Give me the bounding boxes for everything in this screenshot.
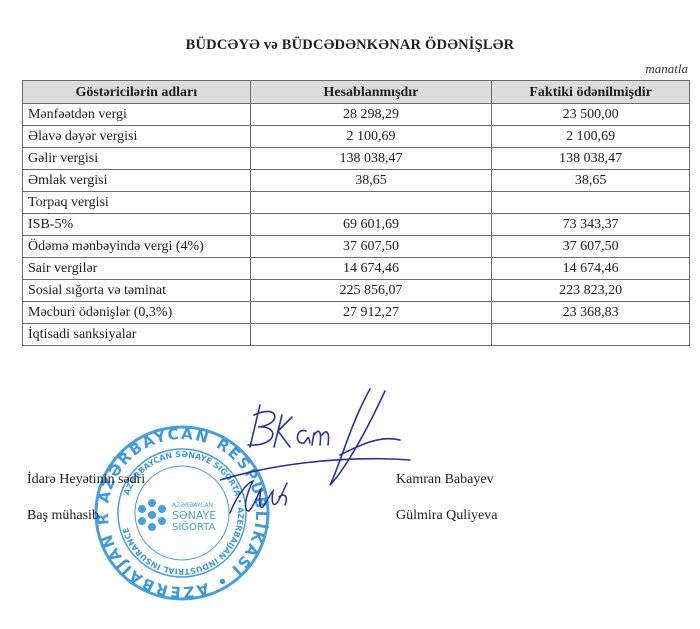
col-header-indicator: Göstəricilərin adları: [23, 81, 251, 104]
table-row: İqtisadi sanksiyalar: [23, 324, 690, 346]
document-title: BÜDCƏYƏ və BÜDCƏDƏNKƏNAR ÖDƏNİŞLƏR: [0, 37, 700, 54]
row-name: Əmlak vergisi: [23, 170, 251, 192]
chairman-label: İdarə Heyətinin sədri: [27, 472, 145, 488]
row-paid: [492, 192, 690, 214]
row-calculated: 225 856,07: [250, 280, 492, 302]
row-paid: 138 038,47: [492, 148, 690, 170]
table-row: Mənfəətdən vergi28 298,2923 500,00: [23, 104, 690, 126]
table-row: Ödəmə mənbəyində vergi (4%)37 607,5037 6…: [23, 236, 690, 258]
row-calculated: 38,65: [250, 170, 492, 192]
svg-text:AZƏRBAYCAN: AZƏRBAYCAN: [172, 502, 213, 509]
accountant-name: Gülmira Quliyeva: [396, 508, 497, 524]
row-calculated: 69 601,69: [250, 214, 492, 236]
row-calculated: [250, 192, 492, 214]
table-header-row: Göstəricilərin adları Hesablanmışdır Fak…: [23, 81, 690, 104]
row-paid: 73 343,37: [492, 214, 690, 236]
svg-text:SƏNAYE: SƏNAYE: [172, 509, 216, 522]
accountant-label: Baş mühasib: [27, 508, 99, 524]
payments-table: Göstəricilərin adları Hesablanmışdır Fak…: [22, 80, 690, 346]
row-paid: 23 368,83: [492, 302, 690, 324]
table-row: Torpaq vergisi: [23, 192, 690, 214]
table-row: Sair vergilər14 674,4614 674,46: [23, 258, 690, 280]
row-calculated: 37 607,50: [250, 236, 492, 258]
row-paid: 223 823,20: [492, 280, 690, 302]
accountant-signature: [225, 475, 295, 520]
col-header-calculated: Hesablanmışdır: [250, 81, 492, 104]
row-name: Sosial sığorta və təminat: [23, 280, 251, 302]
table-row: ISB-5%69 601,6973 343,37: [23, 214, 690, 236]
row-calculated: 2 100,69: [250, 126, 492, 148]
row-paid: [492, 324, 690, 346]
chairman-name: Kamran Babayev: [396, 472, 494, 488]
row-calculated: [250, 324, 492, 346]
row-name: Məcburi ödənişlər (0,3%): [23, 302, 251, 324]
table-row: Əmlak vergisi38,6538,65: [23, 170, 690, 192]
table-row: Əlavə dəyər vergisi2 100,692 100,69: [23, 126, 690, 148]
row-name: Gəlir vergisi: [23, 148, 251, 170]
row-paid: 37 607,50: [492, 236, 690, 258]
table-row: Gəlir vergisi138 038,47138 038,47: [23, 148, 690, 170]
row-name: İqtisadi sanksiyalar: [23, 324, 251, 346]
snowflake-logo-icon: [138, 499, 166, 531]
row-name: Əlavə dəyər vergisi: [23, 126, 251, 148]
row-calculated: 27 912,27: [250, 302, 492, 324]
svg-text:SIĞORTA: SIĞORTA: [172, 520, 215, 533]
row-name: Mənfəətdən vergi: [23, 104, 251, 126]
row-calculated: 138 038,47: [250, 148, 492, 170]
row-paid: 14 674,46: [492, 258, 690, 280]
row-name: Sair vergilər: [23, 258, 251, 280]
row-calculated: 14 674,46: [250, 258, 492, 280]
row-name: Ödəmə mənbəyində vergi (4%): [23, 236, 251, 258]
row-name: ISB-5%: [23, 214, 251, 236]
row-calculated: 28 298,29: [250, 104, 492, 126]
row-paid: 2 100,69: [492, 126, 690, 148]
row-name: Torpaq vergisi: [23, 192, 251, 214]
currency-unit: manatla: [645, 61, 688, 77]
row-paid: 38,65: [492, 170, 690, 192]
row-paid: 23 500,00: [492, 104, 690, 126]
table-row: Sosial sığorta və təminat225 856,07223 8…: [23, 280, 690, 302]
col-header-paid: Faktiki ödənilmişdir: [492, 81, 690, 104]
table-row: Məcburi ödənişlər (0,3%)27 912,2723 368,…: [23, 302, 690, 324]
